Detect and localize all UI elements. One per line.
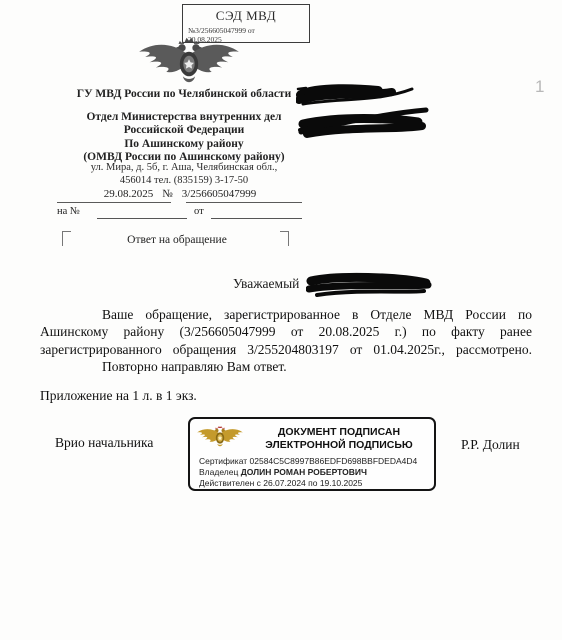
redaction-scribble <box>298 107 430 143</box>
org-parent-name: ГУ МВД России по Челябинской области <box>36 88 332 102</box>
ref-blank-line-left <box>97 218 187 219</box>
number-underline-right <box>186 202 302 203</box>
outgoing-date: 29.08.2025 <box>104 188 154 200</box>
letter-body: Ваше обращение, зарегистрированное в Отд… <box>40 306 532 375</box>
corner-bracket-left-icon <box>62 231 71 246</box>
esign-title-line2: ЭЛЕКТРОННОЙ ПОДПИСЬЮ <box>244 439 434 452</box>
owner-label: Владелец <box>199 467 238 477</box>
number-sign: № <box>162 188 173 200</box>
esign-certificate-line: Сертификат 02584C5C8997B86EDFD698BBFDEDA… <box>199 456 434 467</box>
org-header-block: ГУ МВД России по Челябинской области Отд… <box>36 88 332 165</box>
corner-bracket-right-icon <box>280 231 289 246</box>
outgoing-number: 3/256605047999 <box>182 188 257 200</box>
sed-stamp-title: СЭД МВД <box>183 8 309 24</box>
esign-owner-line: Владелец ДОЛИН РОМАН РОБЕРТОВИЧ <box>199 467 434 478</box>
mvd-eagle-emblem-icon <box>132 36 246 92</box>
org-name-line: Отдел Министерства внутренних дел <box>36 111 332 125</box>
org-address-block: ул. Мира, д. 5б, г. Аша, Челябинская обл… <box>36 161 332 187</box>
org-name-line: По Ашинскому району <box>36 138 332 152</box>
certificate-value: 02584C5C8997B86EDFD698BBFDEDA4D4 <box>250 456 418 466</box>
body-line: зарегистрированного обращения 3/25520480… <box>40 341 532 358</box>
body-line: Повторно направляю Вам ответ. <box>40 358 532 375</box>
org-address-line1: ул. Мира, д. 5б, г. Аша, Челябинская обл… <box>36 161 332 174</box>
esign-validity-line: Действителен с 26.07.2024 по 19.10.2025 <box>199 478 434 489</box>
redaction-scribble <box>306 272 432 300</box>
mvd-eagle-gold-emblem-icon <box>196 423 244 453</box>
esign-stamp-title: ДОКУМЕНТ ПОДПИСАН ЭЛЕКТРОННОЙ ПОДПИСЬЮ <box>244 426 434 452</box>
salutation-text: Уважаемый <box>233 276 299 292</box>
body-line: Ашинскому району (3/256605047999 от 20.0… <box>40 323 532 340</box>
signer-name: Р.Р. Долин <box>461 437 520 453</box>
owner-value: ДОЛИН РОМАН РОБЕРТОВИЧ <box>241 467 367 477</box>
esign-stamp-header: ДОКУМЕНТ ПОДПИСАН ЭЛЕКТРОННОЙ ПОДПИСЬЮ <box>190 419 434 453</box>
certificate-label: Сертификат <box>199 456 247 466</box>
signer-position: Врио начальника <box>55 435 153 451</box>
org-name-line: Российской Федерации <box>36 124 332 138</box>
outgoing-number-line: 29.08.2025 № 3/256605047999 <box>57 188 303 200</box>
sed-stamp-number: №3/256605047999 от <box>188 27 309 35</box>
subject-line: Ответ на обращение <box>97 234 257 246</box>
ref-blank-line-right <box>211 218 302 219</box>
attachment-note: Приложение на 1 л. в 1 экз. <box>40 388 197 404</box>
esign-stamp-details: Сертификат 02584C5C8997B86EDFD698BBFDEDA… <box>199 456 434 489</box>
page-number: 1 <box>535 77 544 97</box>
ref-ot-label: от <box>194 206 204 217</box>
org-address-line2: 456014 тел. (835159) 3-17-50 <box>36 174 332 187</box>
esign-title-line1: ДОКУМЕНТ ПОДПИСАН <box>244 426 434 439</box>
scanned-letter-page: СЭД МВД №3/256605047999 от 20.08.2025 1 … <box>0 0 562 640</box>
date-underline-left <box>57 202 171 203</box>
body-line: Ваше обращение, зарегистрированное в Отд… <box>40 306 532 323</box>
ref-na-label: на № <box>57 206 80 217</box>
electronic-signature-stamp: ДОКУМЕНТ ПОДПИСАН ЭЛЕКТРОННОЙ ПОДПИСЬЮ С… <box>188 417 436 491</box>
